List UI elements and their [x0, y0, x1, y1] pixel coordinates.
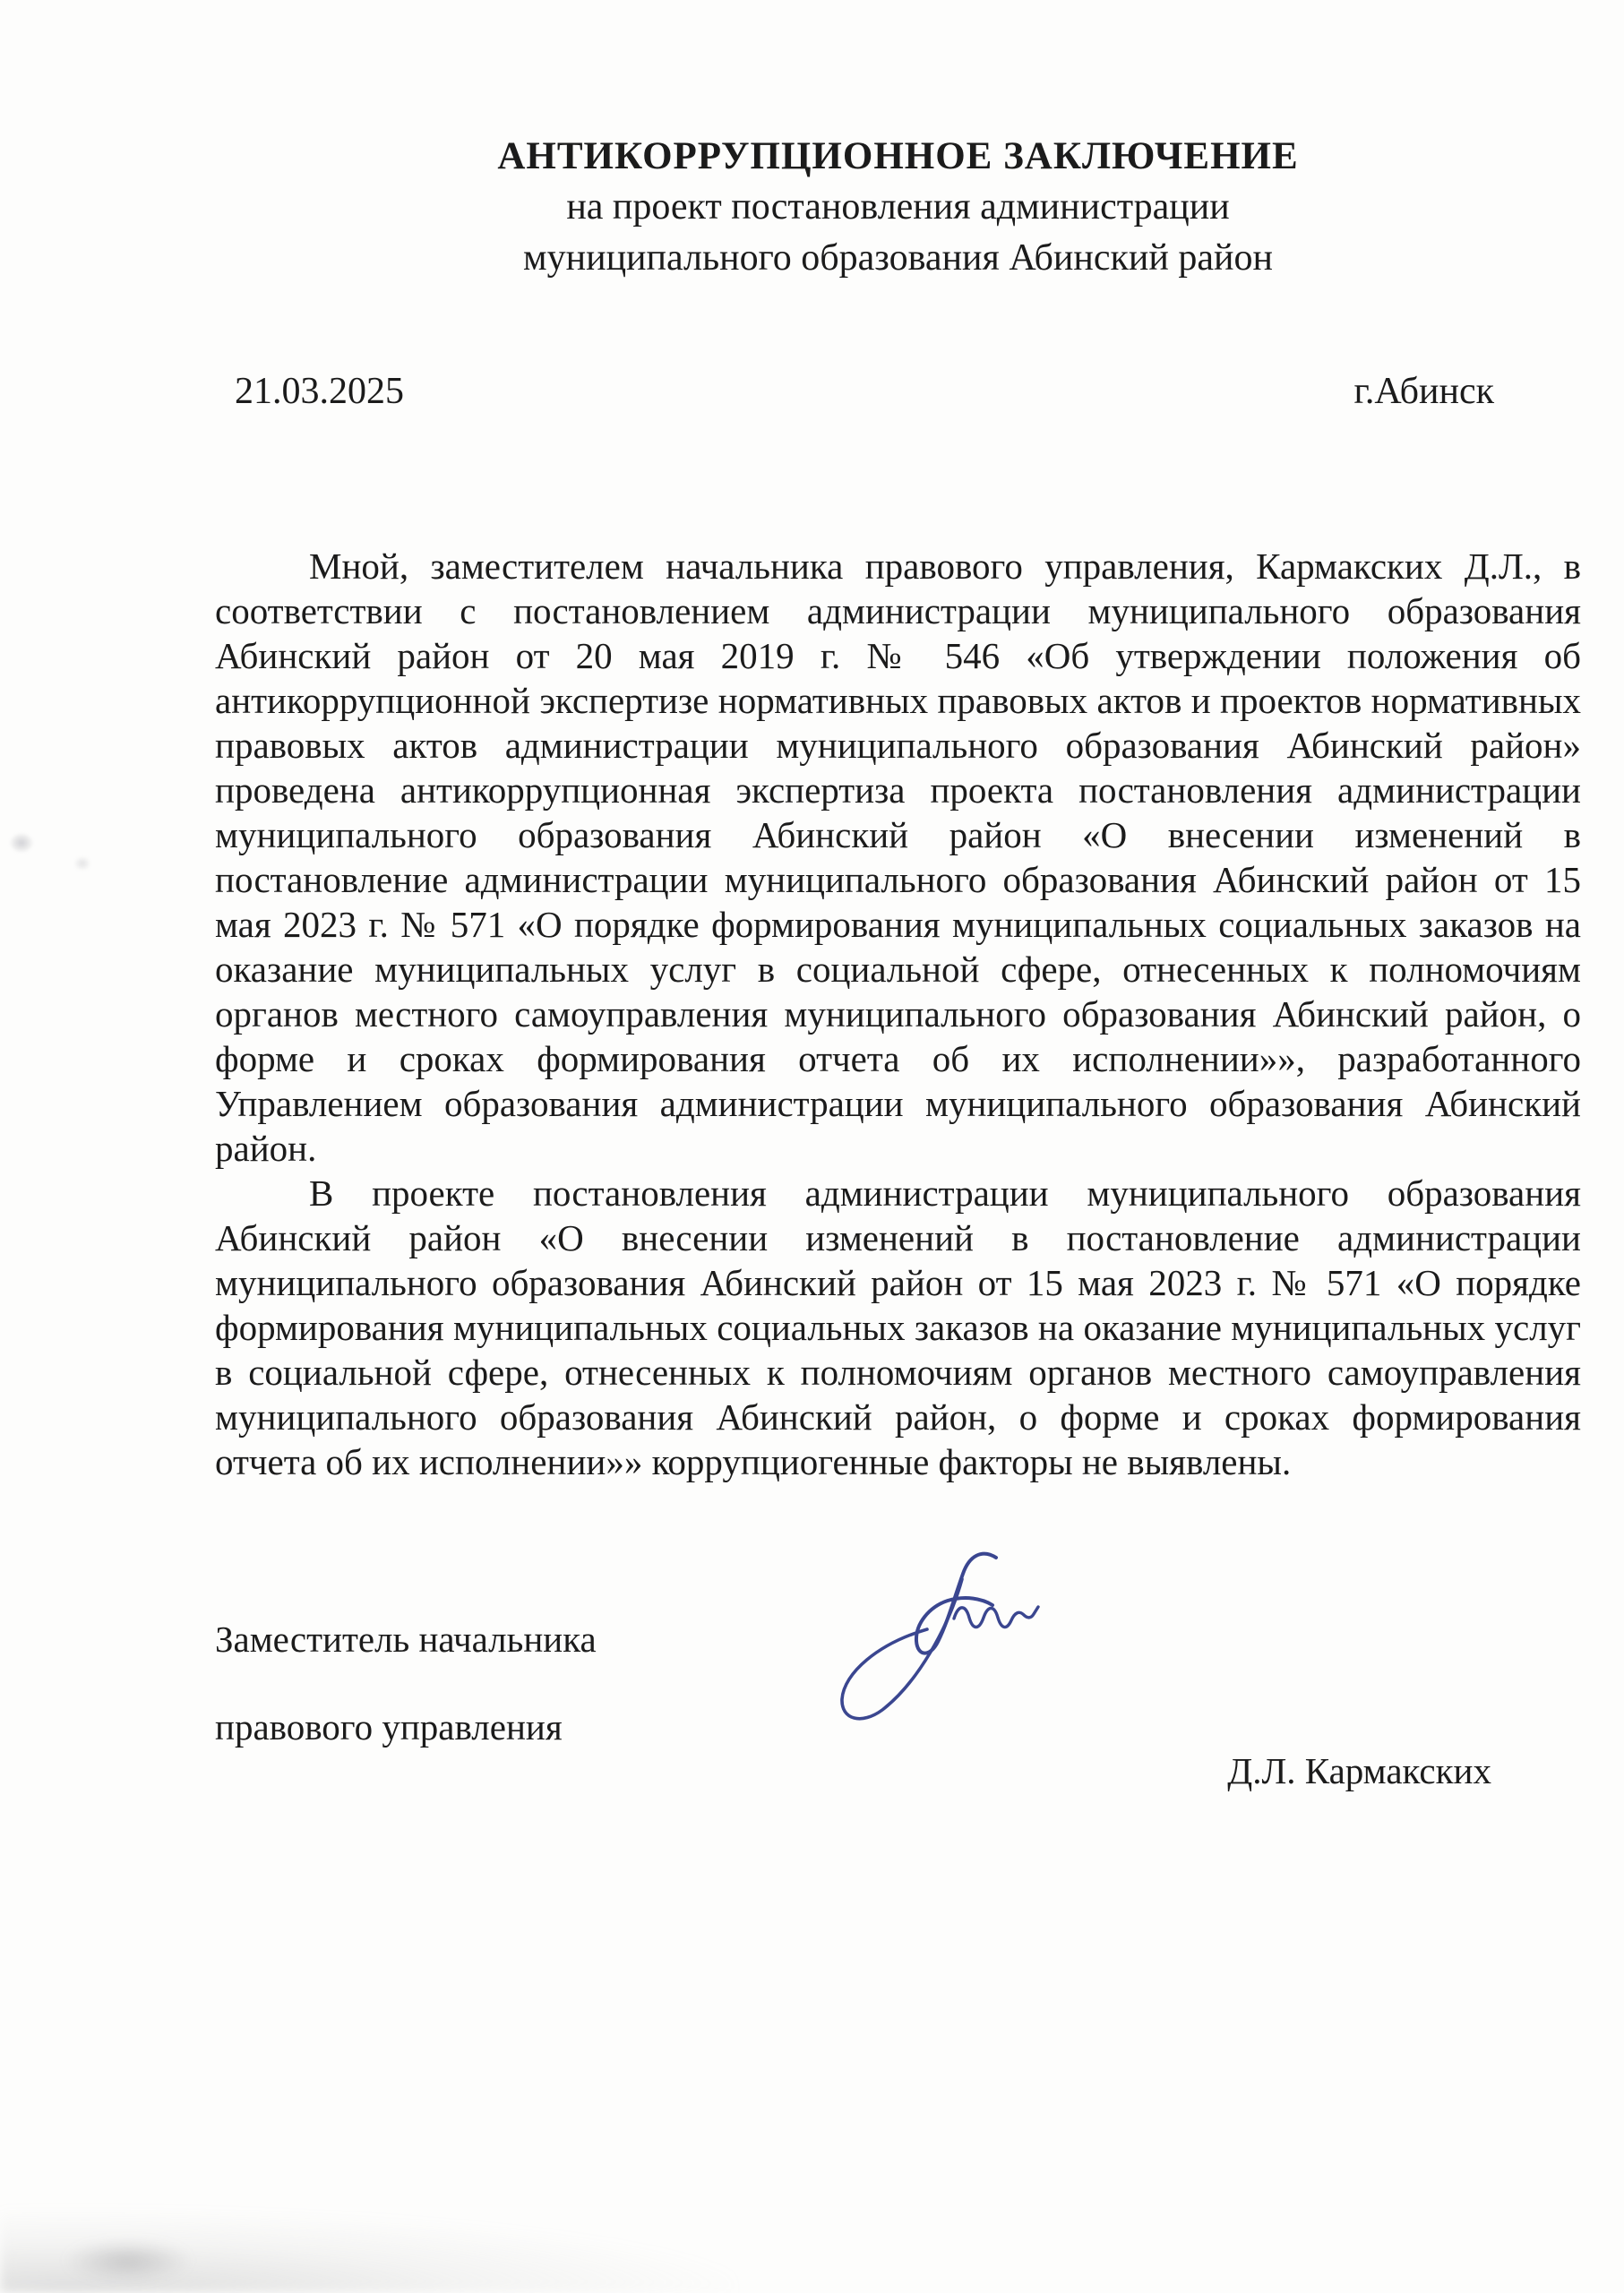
scan-shading-corner — [43, 2234, 213, 2288]
signature-position-label: Заместитель начальника правового управле… — [215, 1574, 597, 1793]
document-place: г.Абинск — [1353, 369, 1494, 414]
document-page: АНТИКОРРУПЦИОННОЕ ЗАКЛЮЧЕНИЕ на проект п… — [0, 0, 1624, 2293]
signature-position-line-1: Заместитель начальника — [215, 1618, 597, 1662]
scan-smudge-left-small — [70, 853, 95, 874]
document-date: 21.03.2025 — [235, 369, 404, 414]
scan-smudge-left — [5, 829, 38, 856]
document-content: АНТИКОРРУПЦИОННОЕ ЗАКЛЮЧЕНИЕ на проект п… — [215, 0, 1581, 1793]
document-title: АНТИКОРРУПЦИОННОЕ ЗАКЛЮЧЕНИЕ — [215, 131, 1581, 182]
document-body: Мной, заместителем начальника правового … — [215, 544, 1581, 1484]
body-paragraph-1: Мной, заместителем начальника правового … — [215, 544, 1581, 1171]
signatory-name: Д.Л. Кармакских — [1227, 1749, 1581, 1793]
signature-position-line-2: правового управления — [215, 1705, 597, 1749]
document-subtitle-line-2: муниципального образования Абинский райо… — [215, 233, 1581, 284]
document-header: АНТИКОРРУПЦИОННОЕ ЗАКЛЮЧЕНИЕ на проект п… — [215, 131, 1581, 284]
handwritten-signature-ink — [806, 1547, 1075, 1735]
signature-block: Заместитель начальника правового управле… — [215, 1574, 1581, 1793]
dateline: 21.03.2025 г.Абинск — [215, 369, 1581, 414]
document-subtitle-line-1: на проект постановления администрации — [215, 182, 1581, 233]
body-paragraph-2: В проекте постановления администрации му… — [215, 1171, 1581, 1484]
